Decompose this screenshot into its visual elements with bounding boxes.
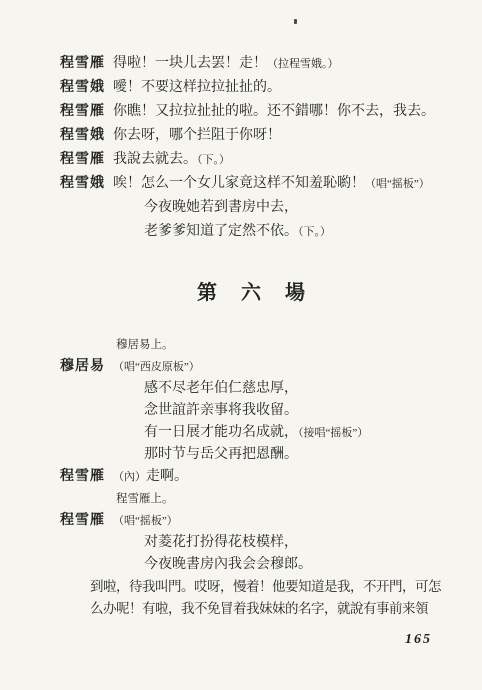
verse-line: 有一日展才能功名成就，（接唱“摇板”） (60, 422, 444, 444)
stage-note: （下。） (197, 154, 230, 166)
verse-text: 有一日展才能功名成就， (144, 425, 298, 440)
prose-line: 么办呢！有啦，我不免冒着我妹妹的名字，就說有事前来領 (60, 598, 444, 620)
verse-line: 感不尽老年伯仁慈忠厚， (60, 378, 444, 400)
verse-line: 那时节与岳父再把恩酬。 (60, 444, 444, 466)
dialogue-text: 唉！怎么一个女儿家竟这样不知羞恥喲！ (113, 176, 365, 191)
speaker-name: 穆居易 (60, 356, 113, 378)
verse-text: 感不尽老年伯仁慈忠厚， (144, 381, 298, 396)
stage-note: （接唱“摇板”） (298, 427, 368, 439)
stage-note: （內） (113, 471, 146, 483)
dialogue-text: 得啦！一块儿去罢！走！ (113, 56, 267, 71)
verse-line: 今夜晚她若到書房中去， (60, 196, 444, 220)
verse-text: 对菱花打扮得花枝模样， (144, 535, 298, 550)
speaker-name: 程雪雁 (60, 100, 113, 124)
dialogue-line: 程雪雁你瞧！又拉拉扯扯的啦。还不錯哪！你不去，我去。 (60, 100, 444, 124)
stage-direction-text: 穆居易上。 (116, 339, 174, 351)
speaker-name: 程雪雁 (60, 510, 113, 532)
dialogue-line: 程雪雁（唱“摇板”） (60, 510, 444, 532)
dialogue-line: 程雪娥唉！怎么一个女儿家竟这样不知羞恥喲！（唱“摇板”） (60, 172, 444, 196)
script-book-page: 程雪雁得啦！一块儿去罢！走！（拉程雪娥。） 程雪娥噯！不要这样拉拉扯扯的。 程雪… (0, 0, 482, 690)
page-content: 程雪雁得啦！一块儿去罢！走！（拉程雪娥。） 程雪娥噯！不要这样拉拉扯扯的。 程雪… (60, 52, 444, 620)
dialogue-line: 程雪雁我說去就去。（下。） (60, 148, 444, 172)
speaker-name: 程雪雁 (60, 52, 113, 76)
verse-line: 念世誼許亲事将我收留。 (60, 400, 444, 422)
dialogue-text: 你瞧！又拉拉扯扯的啦。还不錯哪！你不去，我去。 (113, 104, 435, 119)
scene-six-section: 穆居易上。 穆居易（唱“西皮原板”） 感不尽老年伯仁慈忠厚， 念世誼許亲事将我收… (60, 334, 444, 620)
dialogue-text: 你去呀，哪个拦阻于你呀！ (113, 128, 281, 143)
speaker-name: 程雪雁 (60, 466, 113, 488)
speaker-name: 程雪娥 (60, 76, 113, 100)
stage-direction-text: 程雪雁上。 (116, 493, 174, 505)
dialogue-line: 程雪娥你去呀，哪个拦阻于你呀！ (60, 124, 444, 148)
scene-five-end-section: 程雪雁得啦！一块儿去罢！走！（拉程雪娥。） 程雪娥噯！不要这样拉拉扯扯的。 程雪… (60, 52, 444, 244)
dialogue-line: 程雪雁得啦！一块儿去罢！走！（拉程雪娥。） (60, 52, 444, 76)
dialogue-line: 穆居易（唱“西皮原板”） (60, 356, 444, 378)
speaker-name: 程雪娥 (60, 124, 113, 148)
prose-text: 么办呢！有啦，我不免冒着我妹妹的名字，就說有事前来領 (90, 601, 428, 616)
dialogue-text: 我說去就去。 (113, 152, 197, 167)
scene-heading: 第 六 場 (60, 278, 444, 308)
verse-line: 老爹爹知道了定然不依。（下。） (60, 220, 444, 244)
stage-note: （唱“摇板”） (365, 178, 430, 190)
stage-note: （唱“摇板”） (113, 515, 178, 527)
verse-text: 老爹爹知道了定然不依。 (144, 224, 298, 239)
verse-text: 念世誼許亲事将我收留。 (144, 403, 298, 418)
stage-direction: 穆居易上。 (60, 334, 444, 356)
dialogue-text: 噯！不要这样拉拉扯扯的。 (113, 80, 281, 95)
ink-speck (294, 19, 297, 24)
page-number: 165 (405, 632, 432, 648)
stage-note: （下。） (298, 226, 331, 238)
verse-line: 今夜晚書房內我会会穆郎。 (60, 554, 444, 576)
speaker-name: 程雪雁 (60, 148, 113, 172)
verse-text: 那时节与岳父再把恩酬。 (144, 447, 298, 462)
verse-text: 今夜晚書房內我会会穆郎。 (144, 557, 312, 572)
verse-line: 对菱花打扮得花枝模样， (60, 532, 444, 554)
prose-text: 到啦，待我叫門。哎呀，慢着！他要知道是我，不开門，可怎 (90, 579, 441, 594)
stage-note: （拉程雪娥。） (267, 58, 339, 70)
verse-text: 今夜晚她若到書房中去， (144, 200, 298, 215)
stage-note: （唱“西皮原板”） (113, 361, 200, 373)
dialogue-line: 程雪雁（內）走啊。 (60, 466, 444, 488)
stage-direction: 程雪雁上。 (60, 488, 444, 510)
dialogue-line: 程雪娥噯！不要这样拉拉扯扯的。 (60, 76, 444, 100)
prose-line: 到啦，待我叫門。哎呀，慢着！他要知道是我，不开門，可怎 (60, 576, 444, 598)
dialogue-text: 走啊。 (146, 469, 188, 484)
speaker-name: 程雪娥 (60, 172, 113, 196)
